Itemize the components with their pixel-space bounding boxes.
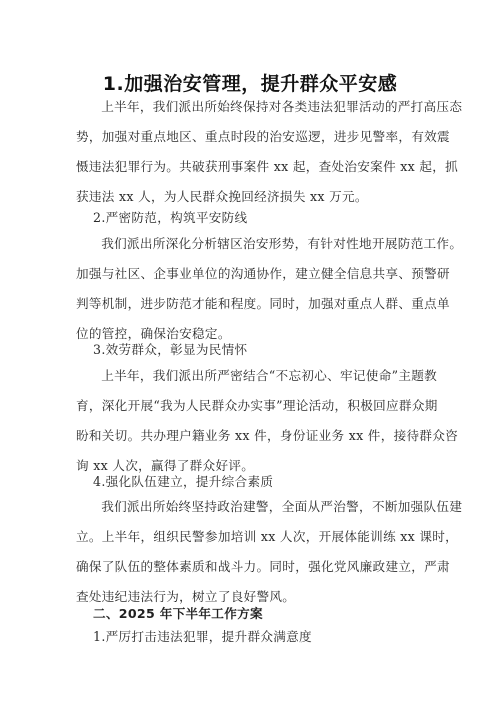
- document-page: 1.加强治安管理，提升群众平安感 上半年，我们派出所始终保持对各类违法犯罪活动的…: [0, 0, 500, 707]
- subheading-4: 4.强化队伍建立，提升综合素质: [93, 472, 273, 492]
- subheading-next-1: 1.严厉打击违法犯罪，提升群众满意度: [93, 627, 312, 647]
- paragraph-1: 上半年，我们派出所始终保持对各类违法犯罪活动的严打高压态 势，加强对重点地区、重…: [76, 92, 426, 212]
- text-line: 盼和关切。共办理户籍业务 xx 件，身份证业务 xx 件，接待群众咨: [76, 421, 426, 451]
- text-line: 育，深化开展“我为人民群众办实事”理论活动，积极回应群众期: [76, 391, 426, 421]
- text-line: 慑违法犯罪行为。共破获刑事案件 xx 起，查处治安案件 xx 起，抓: [76, 152, 426, 182]
- text-line: 上半年，我们派出所严密结合“不忘初心、牢记使命”主题教: [76, 361, 426, 391]
- paragraph-4: 我们派出所始终坚持政治建警，全面从严治警，不断加强队伍建 立。上半年，组织民警参…: [76, 492, 426, 612]
- text-line: 确保了队伍的整体素质和战斗力。同时，强化党风廉政建立，严肃: [76, 552, 426, 582]
- text-line: 我们派出所始终坚持政治建警，全面从严治警，不断加强队伍建: [76, 492, 426, 522]
- text-line: 我们派出所深化分析辖区治安形势，有针对性地开展防范工作。: [76, 229, 426, 259]
- text-line: 加强与社区、企事业单位的沟通协作，建立健全信息共享、预警研: [76, 259, 426, 289]
- paragraph-2: 我们派出所深化分析辖区治安形势，有针对性地开展防范工作。 加强与社区、企事业单位…: [76, 229, 426, 349]
- text-line: 上半年，我们派出所始终保持对各类违法犯罪活动的严打高压态: [76, 92, 426, 122]
- subheading-2: 2.严密防范，构筑平安防线: [93, 208, 247, 228]
- text-line: 势，加强对重点地区、重点时段的治安巡逻，进步见警率，有效震: [76, 122, 426, 152]
- text-line: 判等机制，进步防范才能和程度。同时，加强对重点人群、重点单: [76, 289, 426, 319]
- section-heading-2: 二、2025 年下半年工作方案: [93, 604, 263, 624]
- paragraph-3: 上半年，我们派出所严密结合“不忘初心、牢记使命”主题教 育，深化开展“我为人民群…: [76, 361, 426, 481]
- text-line: 立。上半年，组织民警参加培训 xx 人次，开展体能训练 xx 课时，: [76, 522, 426, 552]
- subheading-3: 3.效劳群众，彰显为民情怀: [93, 340, 247, 360]
